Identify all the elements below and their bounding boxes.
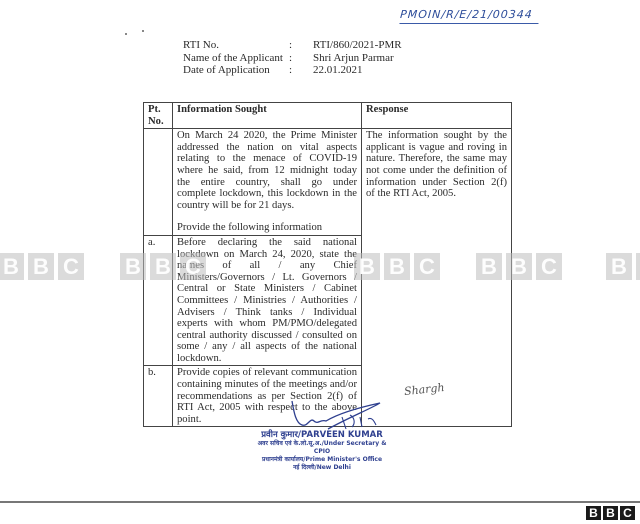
meta-colon: :	[289, 64, 313, 77]
meta-value: 22.01.2021	[313, 64, 363, 77]
header-response: Response	[362, 103, 512, 129]
watermark-letter: C	[58, 253, 84, 280]
logo-letter: B	[586, 506, 601, 520]
meta-label: Name of the Applicant	[183, 52, 289, 65]
rti-response-table: Pt. No. Information Sought Response On M…	[143, 102, 512, 427]
meta-row-applicant: Name of the Applicant : Shri Arjun Parma…	[183, 52, 402, 65]
meta-row-rti-no: RTI No. : RTI/860/2021-PMR	[183, 39, 402, 52]
signatory-stamp: प्रवीन कुमार/PARVEEN KUMAR अवर सचिव एवं …	[252, 430, 392, 472]
logo-letter: C	[620, 506, 635, 520]
signature-icon	[280, 395, 390, 435]
watermark-logo: B B C	[0, 253, 84, 280]
bbc-logo: B B C	[586, 506, 635, 520]
meta-colon: :	[289, 39, 313, 52]
pt-number	[144, 129, 173, 236]
reference-number: PMOIN/R/E/21/00344	[399, 8, 539, 24]
meta-label: Date of Application	[183, 64, 289, 77]
watermark-logo: B B C	[606, 253, 640, 280]
signatory-designation: अवर सचिव एवं के.लो.सू.अ./Under Secretary…	[252, 440, 392, 456]
information-cell: On March 24 2020, the Prime Minister add…	[173, 129, 362, 236]
information-extra-text: Provide the following information	[177, 222, 357, 234]
table-header-row: Pt. No. Information Sought Response	[144, 103, 512, 129]
signatory-office: प्रधानमंत्री कार्यालय/Prime Minister's O…	[252, 456, 392, 464]
pt-number: a.	[144, 235, 173, 366]
watermark-letter: C	[536, 253, 562, 280]
watermark-letter: B	[606, 253, 632, 280]
pt-number: b.	[144, 366, 173, 427]
meta-value: RTI/860/2021-PMR	[313, 39, 402, 52]
header-pt-no: Pt. No.	[144, 103, 173, 129]
watermark-letter: B	[636, 253, 640, 280]
meta-value: Shri Arjun Parmar	[313, 52, 394, 65]
scan-speck	[142, 30, 144, 32]
watermark-letter: B	[28, 253, 54, 280]
table-row: On March 24 2020, the Prime Minister add…	[144, 129, 512, 236]
watermark-letter: B	[0, 253, 24, 280]
header-information-sought: Information Sought	[173, 103, 362, 129]
scan-speck	[125, 33, 127, 35]
signatory-city: नई दिल्ली/New Delhi	[252, 464, 392, 472]
information-text: On March 24 2020, the Prime Minister add…	[177, 130, 357, 211]
meta-label: RTI No.	[183, 39, 289, 52]
application-meta: RTI No. : RTI/860/2021-PMR Name of the A…	[183, 39, 402, 77]
information-cell: Before declaring the said national lockd…	[173, 235, 362, 366]
logo-letter: B	[603, 506, 618, 520]
footer-divider	[0, 501, 640, 503]
signatory-name: प्रवीन कुमार/PARVEEN KUMAR	[252, 430, 392, 440]
meta-colon: :	[289, 52, 313, 65]
meta-row-date: Date of Application : 22.01.2021	[183, 64, 402, 77]
